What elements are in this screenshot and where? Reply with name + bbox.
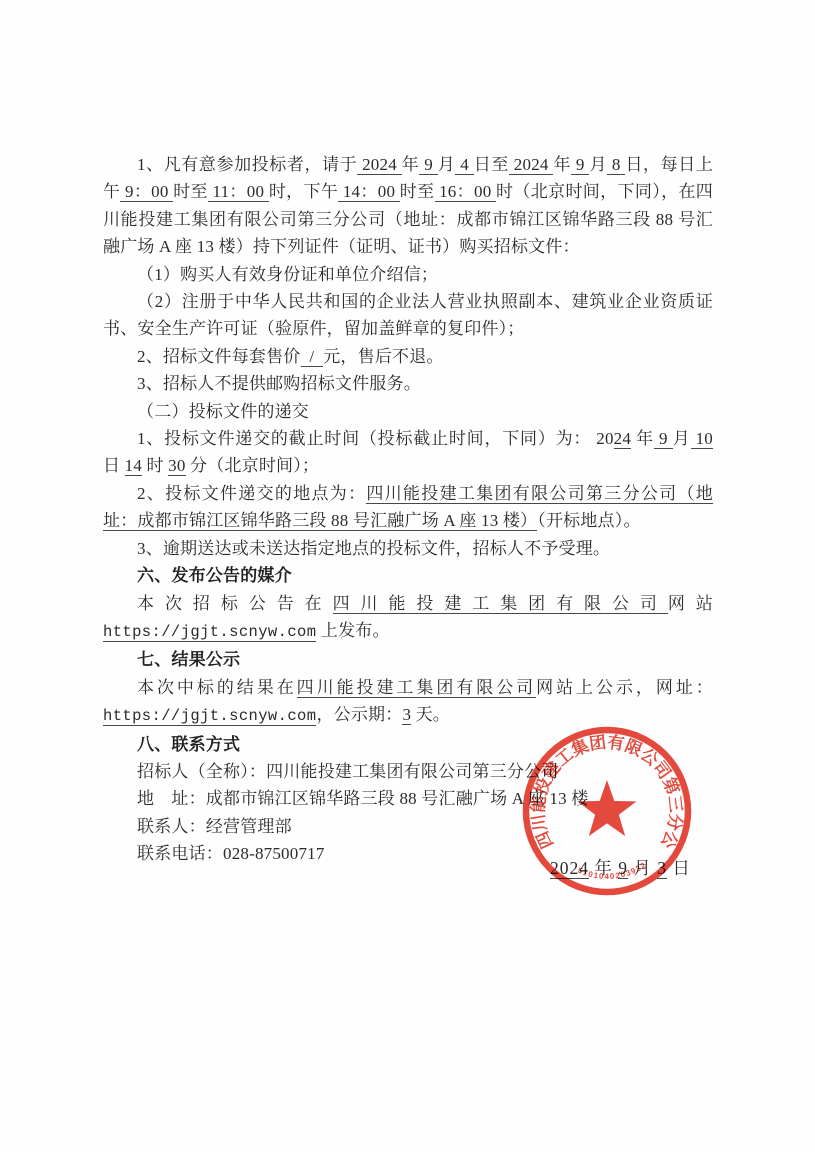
seal-company-text: 四川能投建工集团有限公司第三分公司	[517, 721, 686, 851]
underlined-blank: 14	[125, 456, 142, 476]
underlined-blank: 4	[455, 155, 473, 175]
text-segment: 时，下午	[269, 182, 338, 201]
text-segment: 元，售后不退。	[323, 347, 443, 366]
clause-submission-place: 2、投标文件递交的地点为：四川能投建工集团有限公司第三分公司（地址：成都市锦江区…	[103, 480, 713, 535]
underlined-blank: 2024	[357, 155, 402, 175]
clause-announcement-website: 本次招标公告在四川能投建工集团有限公司网站 https://jgjt.scnyw…	[103, 590, 713, 647]
text-segment: 时至	[400, 182, 435, 201]
text-segment: 2、招标文件每套售价	[137, 347, 301, 366]
underlined-blank: 8	[607, 155, 625, 175]
text-segment: 日至	[474, 155, 509, 174]
text-segment: 时	[142, 456, 168, 475]
text-segment: 3、招标人不提供邮购招标文件服务。	[137, 374, 421, 393]
item-id-certificate: （1）购买人有效身份证和单位介绍信；	[103, 261, 713, 288]
seal-company-arc: 四川能投建工集团有限公司第三分公司	[517, 721, 686, 851]
text-segment: 月	[438, 155, 456, 174]
text-segment: 月	[589, 155, 607, 174]
text-segment: （1）购买人有效身份证和单位介绍信；	[137, 265, 438, 284]
underlined-blank: 9	[419, 155, 437, 175]
underlined-blank: 24	[614, 429, 631, 449]
underlined-blank: 9：00	[120, 182, 173, 202]
clause-bid-document-purchase: 1、凡有意参加投标者，请于 2024 年 9 月 4 日至 2024 年 9 月…	[103, 151, 713, 261]
text-segment: 时至	[173, 182, 208, 201]
text-segment: 本次中标的结果在	[137, 678, 297, 697]
heading-text: 六、发布公告的媒介	[137, 566, 292, 585]
subsection-bid-submission: （二）投标文件的递交	[103, 398, 713, 425]
underlined-blank: 10	[691, 429, 713, 449]
heading-text: 八、联系方式	[137, 735, 240, 754]
clause-no-mail-order: 3、招标人不提供邮购招标文件服务。	[103, 370, 713, 397]
scanned-tender-notice-page: 1、凡有意参加投标者，请于 2024 年 9 月 4 日至 2024 年 9 月…	[0, 0, 815, 1152]
text-segment: 年	[402, 155, 420, 174]
underlined-blank: 16：00	[435, 182, 497, 202]
item-business-license: （2）注册于中华人民共和国的企业法人营业执照副本、建筑业企业资质证书、安全生产许…	[103, 288, 713, 343]
text-segment: 网站上公示，网址：	[536, 678, 713, 697]
text-segment: 年	[631, 429, 654, 448]
text-segment: 本次招标公告在	[137, 594, 333, 613]
text-segment: （二）投标文件的递交	[137, 402, 309, 421]
text-segment: 月	[673, 429, 691, 448]
text-segment: 分（北京时间）；	[186, 456, 320, 475]
text-segment: 招标人（全称）：四川能投建工集团有限公司第三分公司	[137, 762, 559, 781]
text-segment: 日	[103, 456, 125, 475]
website-url: https://jgjt.scnyw.com	[103, 623, 316, 642]
text-segment: 3、逾期送达或未送达指定地点的投标文件，招标人不予受理。	[137, 539, 610, 558]
heading-result-publicity: 七、结果公示	[103, 646, 713, 673]
text-segment: 2、投标文件递交的地点为：	[137, 484, 366, 503]
clause-submission-deadline: 1、投标文件递交的截止时间（投标截止时间，下同）为： 2024 年 9 月 10…	[103, 425, 713, 480]
text-segment: 上发布。	[316, 621, 389, 640]
underlined-blank: 9	[654, 429, 673, 449]
website-url: https://jgjt.scnyw.com	[103, 707, 316, 726]
company-seal-stamp: 四川能投建工集团有限公司第三分公司 5101040203932	[517, 721, 697, 901]
text-segment: （2）注册于中华人民共和国的企业法人营业执照副本、建筑业企业资质证书、安全生产许…	[103, 292, 713, 338]
seal-serial-arc: 5101040203932	[576, 860, 648, 881]
underlined-blank: 30	[168, 456, 185, 476]
text-segment: 联系人：经营管理部	[137, 817, 292, 836]
text-segment: 1、凡有意参加投标者，请于	[137, 155, 357, 174]
underlined-blank: 9	[571, 155, 589, 175]
text-segment: （开标地点）。	[537, 511, 640, 530]
underlined-company-name: 四川能投建工集团有限公司	[333, 594, 668, 614]
underlined-blank: 2024	[509, 155, 554, 175]
underlined-blank: 14：00	[338, 182, 400, 202]
underlined-blank: 11：00	[208, 182, 269, 202]
text-segment: 1、投标文件递交的截止时间（投标截止时间，下同）为： 20	[137, 429, 614, 448]
underlined-blank: 3	[402, 705, 411, 725]
clause-late-delivery: 3、逾期送达或未送达指定地点的投标文件，招标人不予受理。	[103, 535, 713, 562]
clause-document-price: 2、招标文件每套售价 / 元，售后不退。	[103, 343, 713, 370]
seal-serial-text: 5101040203932	[576, 860, 648, 881]
heading-text: 七、结果公示	[137, 650, 240, 669]
text-segment: 年	[553, 155, 571, 174]
underlined-company-name: 四川能投建工集团有限公司	[297, 678, 536, 698]
text-segment: 联系电话：028-87500717	[137, 844, 325, 863]
text-segment: 天。	[411, 705, 450, 724]
star-icon	[578, 780, 637, 836]
text-segment: ，公示期：	[316, 705, 402, 724]
heading-announcement-media: 六、发布公告的媒介	[103, 562, 713, 589]
text-segment: 网站	[668, 594, 713, 613]
underlined-blank: /	[301, 347, 324, 367]
